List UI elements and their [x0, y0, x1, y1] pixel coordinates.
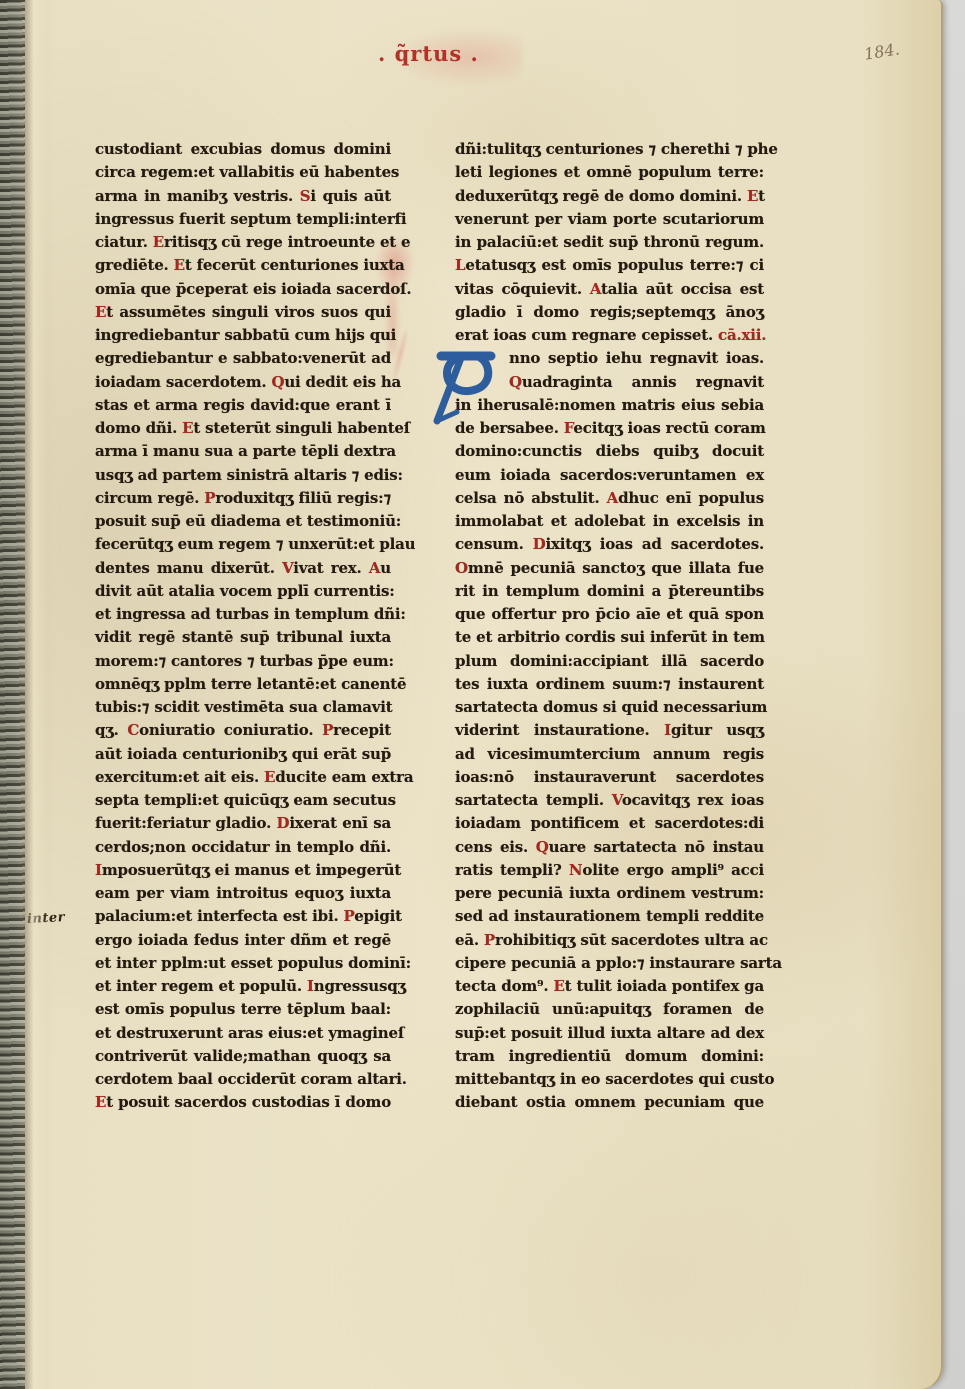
- page-fold-highlight: [25, 0, 47, 1389]
- text-line: tubis:⁊ scidit vestimēta sua clamavit: [95, 696, 391, 719]
- text-line: fuerit:feriatur gladio. Dixerat enī sa: [95, 812, 391, 835]
- facing-page-gutter: [0, 0, 25, 1389]
- text-line: cens eis. Quare sartatecta nō instau: [455, 836, 764, 859]
- text-line: sed ad instaurationem templi reddite: [455, 905, 764, 928]
- text-line: ergo ioiada fedus inter dñm et regē: [95, 929, 391, 952]
- text-line: eam per viam introitus equoʒ iuxta: [95, 882, 391, 905]
- text-line: ioas:nō instauraverunt sacerdotes: [455, 766, 764, 789]
- text-line: sartatecta templi. Vocavitqʒ rex ioas: [455, 789, 764, 812]
- text-line: cerdos;non occidatur in templo dñi.: [95, 836, 391, 859]
- text-line: ioiadam pontificem et sacerdotes:di: [455, 812, 764, 835]
- text-line: eum ioiada sacerdos:veruntamen ex: [455, 464, 764, 487]
- text-line: septa templi:et quicūqʒ eam secutus: [95, 789, 391, 812]
- text-line: cerdotem baal occiderūt coram altari.: [95, 1068, 391, 1091]
- text-line: et ingressa ad turbas in templum dñi:: [95, 603, 391, 626]
- text-line: Et assumētes singuli viros suos qui: [95, 301, 391, 324]
- text-line: ingrediebantur sabbatū cum hijs qui: [95, 324, 391, 347]
- text-line: ingressus fuerit septum templi:interfi: [95, 208, 391, 231]
- text-line: ad vicesimumtercium annum regis: [455, 743, 764, 766]
- text-line: venerunt per viam porte scutariorum: [455, 208, 764, 231]
- text-line: usqʒ ad partem sinistrā altaris ⁊ edis:: [95, 464, 391, 487]
- text-line: dentes manu dixerūt. Vivat rex. Au: [95, 557, 391, 580]
- text-line: vidit regē stantē sup̄ tribunal iuxta: [95, 626, 391, 649]
- text-line: sartatecta domus si quid necessarium: [455, 696, 764, 719]
- text-line: divit aūt atalia vocem pplī currentis:: [95, 580, 391, 603]
- text-line: vitas cōquievit. Atalia aūt occisa est: [455, 278, 764, 301]
- scan-background: { "page": { "running_title": ". q\u0303r…: [0, 0, 965, 1389]
- text-line: zophilaciū unū:apuitqʒ foramen de: [455, 998, 764, 1021]
- text-line: morem:⁊ cantores ⁊ turbas p̄pe eum:: [95, 650, 391, 673]
- manuscript-page: . q̃rtus . 184. custodiant excubias domu…: [0, 0, 943, 1389]
- text-line: leti legiones et omnē populum terre:: [455, 161, 764, 184]
- text-line: circa regem:et vallabitis eū habentes: [95, 161, 391, 184]
- text-line: palacium:et interfecta est ibi. Pepigit: [95, 905, 391, 928]
- text-line: est omīs populus terre tēplum baal:: [95, 998, 391, 1021]
- text-line: et destruxerunt aras eius:et ymagineſ: [95, 1022, 391, 1045]
- text-line: ratis templi? Nolite ergo ampli⁹ acci: [455, 859, 764, 882]
- text-line: Letatusqʒ est omīs populus terre:⁊ ci: [455, 254, 764, 277]
- text-line: grediēte. Et fecerūt centuriones iuxta: [95, 254, 391, 277]
- text-line: omnēqʒ pplm terre letantē:et canentē: [95, 673, 391, 696]
- text-line: in palaciū:et sedit sup̄ thronū regum.: [455, 231, 764, 254]
- text-line: et inter pplm:ut esset populus dominī:: [95, 952, 391, 975]
- text-line: ioiadam sacerdotem. Qui dedit eis ha: [95, 371, 391, 394]
- text-line: que offertur pro p̄cio aīe et quā spon: [455, 603, 764, 626]
- text-line: exercitum:et ait eis. Educite eam extra: [95, 766, 391, 789]
- folio-number: 184.: [863, 39, 901, 63]
- text-line: Et posuit sacerdos custodias ī domo: [95, 1091, 391, 1114]
- running-title: . q̃rtus .: [378, 41, 479, 66]
- text-line: de bersabee. Fecitqʒ ioas rectū coram: [455, 417, 764, 440]
- text-line: qʒ. Coniuratio coniuratio. Precepit: [95, 719, 391, 742]
- text-line: Imposuerūtqʒ ei manus et impegerūt: [95, 859, 391, 882]
- text-line: domo dñi. Et steterūt singuli habenteſ: [95, 417, 391, 440]
- text-line: gladio ī domo regis;septemqʒ ānoʒ: [455, 301, 764, 324]
- text-line: et inter regem et populū. Ingressusqʒ: [95, 975, 391, 998]
- text-line: stas et arma regis david:que erant ī: [95, 394, 391, 417]
- text-line: viderint instauratione. Igitur usqʒ: [455, 719, 764, 742]
- text-line: arma in manibʒ vestris. Si quis aūt: [95, 185, 391, 208]
- text-line: in iherusalē:nomen matris eius sebia: [455, 394, 764, 417]
- text-line: posuit sup̄ eū diadema et testimoniū:: [95, 510, 391, 533]
- text-line: eā. Prohibitiqʒ sūt sacerdotes ultra ac: [455, 929, 764, 952]
- text-line: tram ingredientiū domum domini:: [455, 1045, 764, 1068]
- text-line: sup̄:et posuit illud iuxta altare ad dex: [455, 1022, 764, 1045]
- text-column-left: custodiant excubias domus dominicirca re…: [95, 138, 391, 1115]
- text-line: celsa nō abstulit. Adhuc enī populus: [455, 487, 764, 510]
- text-line: immolabat et adolebat in excelsis in: [455, 510, 764, 533]
- illuminated-initial-A: [433, 341, 497, 445]
- text-line: erat ioas cum regnare cepisset. cā.xii.: [455, 324, 764, 347]
- text-line: rit in templum domini a p̄tereuntibs: [455, 580, 764, 603]
- text-line: cipere pecuniā a pplo:⁊ instaurare sarta: [455, 952, 764, 975]
- text-line: arma ī manu sua a parte tēpli dextra: [95, 440, 391, 463]
- text-line: censum. Dixitqʒ ioas ad sacerdotes.: [455, 533, 764, 556]
- text-line: ciatur. Eritisqʒ cū rege introeunte et e: [95, 231, 391, 254]
- text-line: pere pecuniā iuxta ordinem vestrum:: [455, 882, 764, 905]
- text-line: diebant ostia omnem pecuniam que: [455, 1091, 764, 1114]
- text-line: deduxerūtqʒ regē de domo domini. Et: [455, 185, 764, 208]
- text-line: tes iuxta ordinem suum:⁊ instaurent: [455, 673, 764, 696]
- text-column-right: dñi:tulitqʒ centuriones ⁊ cherethi ⁊ phe…: [455, 138, 764, 1115]
- text-line: mittebantqʒ in eo sacerdotes qui custo: [455, 1068, 764, 1091]
- text-line: tecta dom⁹. Et tulit ioiada pontifex ga: [455, 975, 764, 998]
- text-line: te et arbitrio cordis sui inferūt in tem: [455, 626, 764, 649]
- text-line: custodiant excubias domus domini: [95, 138, 391, 161]
- text-line: circum regē. Produxitqʒ filiū regis:⁊: [95, 487, 391, 510]
- text-line: Quadraginta annis regnavit: [455, 371, 764, 394]
- text-line: plum domini:accipiant illā sacerdo: [455, 650, 764, 673]
- text-line: nno septio iehu regnavit ioas.: [455, 347, 764, 370]
- text-line: domino:cunctis diebs quibʒ docuit: [455, 440, 764, 463]
- text-line: Omnē pecuniā sanctoʒ que illata fue: [455, 557, 764, 580]
- text-line: contriverūt valide;mathan quoqʒ sa: [95, 1045, 391, 1068]
- text-line: dñi:tulitqʒ centuriones ⁊ cherethi ⁊ phe: [455, 138, 764, 161]
- text-line: egrediebantur e sabbato:venerūt ad: [95, 347, 391, 370]
- text-line: fecerūtqʒ eum regem ⁊ unxerūt:et plau: [95, 533, 391, 556]
- text-line: aūt ioiada centurionibʒ qui erāt sup̄: [95, 743, 391, 766]
- text-line: omīa que p̄ceperat eis ioiada sacerdoſ.: [95, 278, 391, 301]
